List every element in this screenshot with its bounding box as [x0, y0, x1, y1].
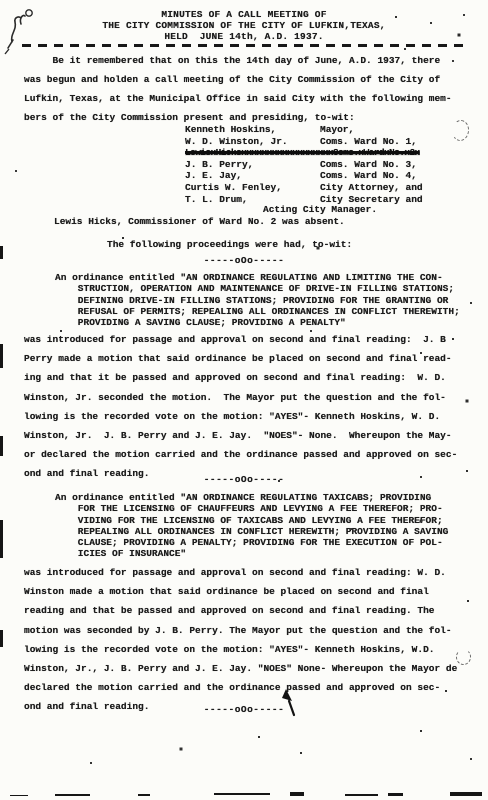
scan-artifact-bottom: [55, 794, 90, 796]
scan-artifact-bottom: [138, 794, 150, 796]
attendee-role: Coms. Ward No. 4,: [320, 170, 417, 182]
intro-paragraph: Be it remembered that on this the 14th d…: [24, 51, 452, 127]
attendee-role: Coms. Ward No. 1,: [320, 136, 417, 148]
scan-artifact-left: [0, 630, 3, 647]
absent-note: Lewis Hicks, Commissioner of Ward No. 2 …: [54, 216, 345, 227]
header-line-2: THE CITY COMMISSION OF THE CITY OF LUFKI…: [0, 20, 488, 31]
ordinance2-title: An ordinance entitled "AN ORDINANCE REGU…: [55, 492, 448, 560]
scan-artifact-bottom: [214, 793, 270, 795]
scanned-minutes-page: MINUTES OF A CALL MEETING OF THE CITY CO…: [0, 0, 488, 800]
ordinance2-body: was introduced for passage and approval …: [24, 563, 457, 717]
scan-artifact-bottom: [388, 793, 403, 796]
attendee-row: J. E. Jay, Coms. Ward No. 4,: [185, 170, 423, 182]
attendee-role: Mayor,: [320, 124, 354, 136]
pencil-circle-mark: [451, 119, 470, 142]
scan-artifact-bottom: [10, 795, 28, 796]
attendee-row-struck: LewisxHicksxxxxxxxxxxxxxxxxxxComs.xWardx…: [185, 147, 423, 159]
attendee-role: City Attorney, and: [320, 182, 423, 194]
header-line-3: HELD JUNE 14th, A.D. 1937.: [0, 31, 488, 42]
attendee-name: J. B. Perry,: [185, 159, 320, 171]
proceedings-note: The following proceedings were had, to-w…: [107, 239, 352, 250]
attendee-row: J. B. Perry, Coms. Ward No. 3,: [185, 159, 423, 171]
attendee-row: W. D. Winston, Jr. Coms. Ward No. 1,: [185, 136, 423, 148]
acting-manager-note: Acting City Manager.: [263, 204, 377, 215]
dashed-divider: [22, 44, 463, 47]
scan-artifact-bottom: [290, 792, 304, 796]
attendee-role: Coms. Ward No. 3,: [320, 159, 417, 171]
ink-mark: [278, 688, 300, 720]
document-header: MINUTES OF A CALL MEETING OF THE CITY CO…: [0, 9, 488, 42]
scan-artifact-left: [0, 344, 3, 368]
scan-artifact-left: [0, 436, 3, 456]
attendee-row: Curtis W. Fenley, City Attorney, and: [185, 182, 423, 194]
ordinance1-title: An ordinance entitled "AN ORDINANCE REGU…: [55, 272, 460, 328]
scan-artifact-bottom: [345, 794, 378, 796]
ordinance1-body: was introduced for passage and approval …: [24, 330, 457, 484]
section-separator: -----oOo-----: [0, 255, 488, 266]
scan-artifact-bottom: [450, 792, 482, 796]
section-separator: -----oOo-----: [0, 474, 488, 485]
attendee-row: Kenneth Hoskins, Mayor,: [185, 124, 423, 136]
header-line-1: MINUTES OF A CALL MEETING OF: [0, 9, 488, 20]
scan-speckles: [0, 0, 2, 2]
scan-artifact-left: [0, 520, 3, 558]
pencil-circle-mark: [456, 649, 471, 665]
section-separator: -----oOo-----: [0, 704, 488, 715]
attendee-name: Kenneth Hoskins,: [185, 124, 320, 136]
attendee-list: Kenneth Hoskins, Mayor, W. D. Winston, J…: [185, 124, 423, 205]
struck-out-text: LewisxHicksxxxxxxxxxxxxxxxxxxComs.xWardx…: [185, 147, 420, 159]
attendee-name: W. D. Winston, Jr.: [185, 136, 320, 148]
attendee-name: Curtis W. Fenley,: [185, 182, 320, 194]
scan-artifact-left: [0, 246, 3, 259]
attendee-name: J. E. Jay,: [185, 170, 320, 182]
